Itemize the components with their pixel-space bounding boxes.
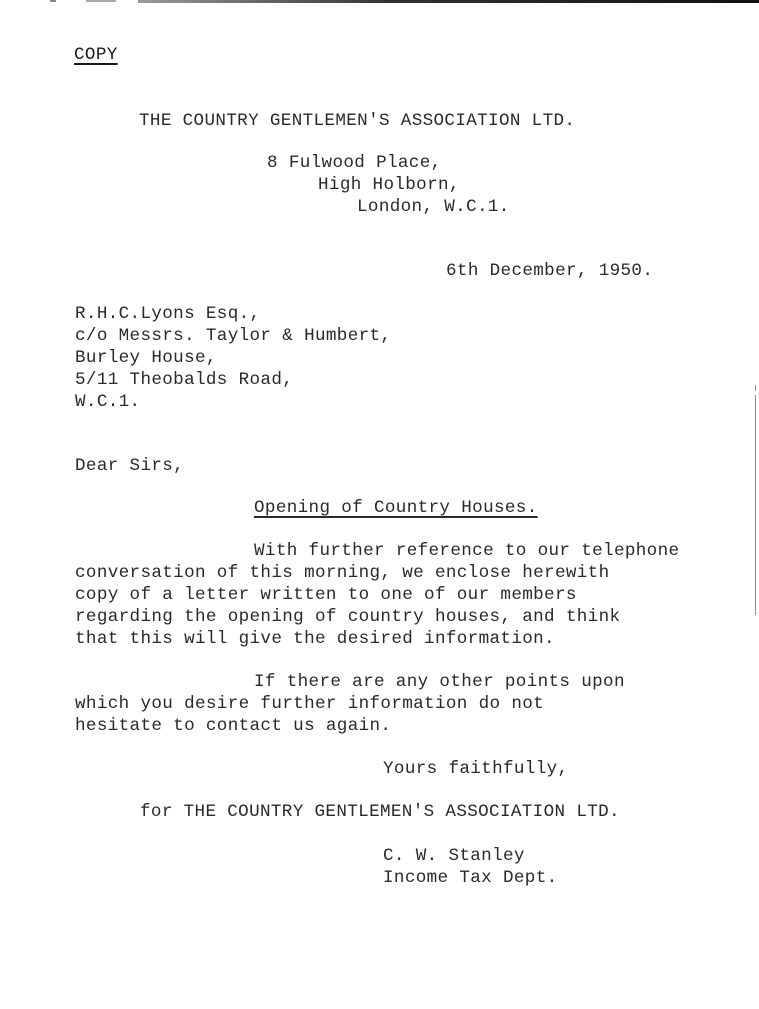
- recipient-line: Burley House,: [75, 347, 217, 369]
- recipient-line: 5/11 Theobalds Road,: [75, 369, 293, 391]
- signature-on-behalf: for THE COUNTRY GENTLEMEN'S ASSOCIATION …: [140, 801, 620, 823]
- letterhead-address-line: High Holborn,: [318, 174, 460, 196]
- paragraph-line: that this will give the desired informat…: [75, 628, 555, 650]
- letterhead-organization: THE COUNTRY GENTLEMEN'S ASSOCIATION LTD.: [139, 110, 575, 132]
- paragraph-line: If there are any other points upon: [254, 671, 625, 693]
- recipient-line: c/o Messrs. Taylor & Humbert,: [75, 325, 391, 347]
- scan-margin-mark: [755, 385, 756, 391]
- signatory-name: C. W. Stanley: [383, 845, 525, 867]
- paragraph-line: With further reference to our telephone: [254, 540, 679, 562]
- subject-heading: Opening of Country Houses.: [254, 497, 538, 519]
- paragraph-line: copy of a letter written to one of our m…: [75, 584, 577, 606]
- salutation: Dear Sirs,: [75, 455, 184, 477]
- copy-stamp: COPY: [74, 44, 118, 66]
- recipient-line: W.C.1.: [75, 391, 140, 413]
- letter-page: COPY THE COUNTRY GENTLEMEN'S ASSOCIATION…: [0, 0, 759, 1009]
- recipient-line: R.H.C.Lyons Esq.,: [75, 303, 260, 325]
- letterhead-address-line: London, W.C.1.: [357, 196, 510, 218]
- scan-top-edge: [138, 0, 759, 3]
- paragraph-line: which you desire further information do …: [75, 693, 544, 715]
- paragraph-line: conversation of this morning, we enclose…: [75, 562, 610, 584]
- scan-margin-line: [755, 395, 756, 615]
- paragraph-line: regarding the opening of country houses,…: [75, 606, 620, 628]
- scan-edge-mark: [50, 0, 56, 2]
- paragraph-line: hesitate to contact us again.: [75, 715, 391, 737]
- letter-date: 6th December, 1950.: [446, 260, 653, 282]
- signatory-department: Income Tax Dept.: [383, 867, 558, 889]
- scan-edge-mark: [86, 0, 116, 2]
- complimentary-close: Yours faithfully,: [383, 758, 568, 780]
- letterhead-address-line: 8 Fulwood Place,: [267, 152, 442, 174]
